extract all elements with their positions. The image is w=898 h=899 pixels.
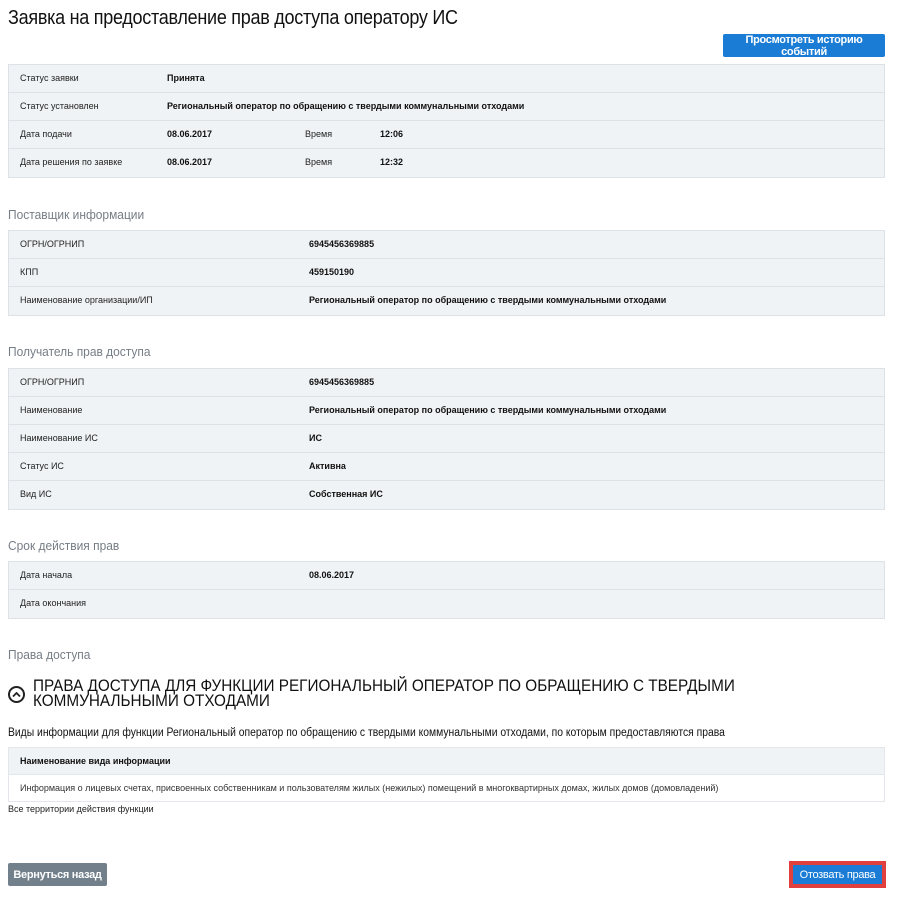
- field-label: ОГРН/ОГРНИП: [20, 369, 84, 396]
- field-label: Статус заявки: [20, 65, 79, 92]
- revoke-highlight: Отозвать права: [789, 861, 886, 888]
- table-row: Дата подачи 08.06.2017 Время 12:06: [9, 121, 884, 149]
- field-value: 459150190: [309, 259, 354, 286]
- field-value: 08.06.2017: [309, 562, 354, 589]
- function-title: Права доступа для функции Региональный о…: [33, 678, 807, 708]
- recipient-table: ОГРН/ОГРНИП 6945456369885 Наименование Р…: [8, 368, 885, 510]
- field-value: Собственная ИС: [309, 481, 383, 508]
- page-title: Заявка на предоставление прав доступа оп…: [8, 7, 458, 30]
- table-row: Дата окончания: [9, 590, 884, 618]
- territory-note: Все территории действия функции: [8, 804, 154, 814]
- field-value: Активна: [309, 453, 346, 480]
- time-label: Время: [305, 121, 332, 148]
- function-description: Виды информации для функции Региональный…: [8, 727, 725, 739]
- table-row: Наименование организации/ИП Региональный…: [9, 287, 884, 315]
- field-label: Наименование организации/ИП: [20, 287, 153, 314]
- table-row: Статус заявки Принята: [9, 65, 884, 93]
- field-value: Региональный оператор по обращению с тве…: [309, 287, 666, 314]
- field-label: Статус установлен: [20, 93, 99, 120]
- table-row: Вид ИС Собственная ИС: [9, 481, 884, 509]
- time-value: 12:06: [380, 121, 403, 148]
- field-label: ОГРН/ОГРНИП: [20, 231, 84, 258]
- status-table: Статус заявки Принята Статус установлен …: [8, 64, 885, 178]
- table-row: ОГРН/ОГРНИП 6945456369885: [9, 231, 884, 259]
- info-types-table: Наименование вида информации Информация …: [8, 747, 885, 802]
- table-row: Информация о лицевых счетах, присвоенных…: [9, 775, 884, 801]
- field-label: Наименование: [20, 397, 82, 424]
- field-label: КПП: [20, 259, 38, 286]
- section-title-access: Права доступа: [8, 647, 90, 662]
- field-label: Дата окончания: [20, 590, 86, 617]
- field-value: 6945456369885: [309, 231, 374, 258]
- field-label: Статус ИС: [20, 453, 64, 480]
- view-history-button[interactable]: Просмотреть историю событий: [723, 34, 885, 57]
- field-label: Дата начала: [20, 562, 72, 589]
- table-row: Дата начала 08.06.2017: [9, 562, 884, 590]
- time-label: Время: [305, 149, 332, 176]
- back-button[interactable]: Вернуться назад: [8, 863, 107, 886]
- field-value: 08.06.2017: [167, 149, 212, 176]
- section-title-validity: Срок действия прав: [8, 538, 119, 553]
- status-value: Принята: [167, 65, 205, 92]
- table-row: Статус ИС Активна: [9, 453, 884, 481]
- field-value: ИС: [309, 425, 322, 452]
- table-row: ОГРН/ОГРНИП 6945456369885: [9, 369, 884, 397]
- table-row: Дата решения по заявке 08.06.2017 Время …: [9, 149, 884, 177]
- table-row: Наименование ИС ИС: [9, 425, 884, 453]
- section-title-provider: Поставщик информации: [8, 207, 144, 222]
- section-title-recipient: Получатель прав доступа: [8, 344, 150, 359]
- chevron-up-circle-icon[interactable]: [8, 686, 25, 703]
- field-value: 6945456369885: [309, 369, 374, 396]
- field-label: Наименование ИС: [20, 425, 98, 452]
- column-header: Наименование вида информации: [9, 748, 884, 775]
- field-value: Региональный оператор по обращению с тве…: [167, 93, 524, 120]
- provider-table: ОГРН/ОГРНИП 6945456369885 КПП 459150190 …: [8, 230, 885, 316]
- revoke-rights-button[interactable]: Отозвать права: [793, 865, 882, 884]
- field-value: Региональный оператор по обращению с тве…: [309, 397, 666, 424]
- table-row: КПП 459150190: [9, 259, 884, 287]
- time-value: 12:32: [380, 149, 403, 176]
- validity-table: Дата начала 08.06.2017 Дата окончания: [8, 561, 885, 619]
- table-row: Статус установлен Региональный оператор …: [9, 93, 884, 121]
- field-label: Дата решения по заявке: [20, 149, 122, 176]
- field-label: Дата подачи: [20, 121, 72, 148]
- field-value: 08.06.2017: [167, 121, 212, 148]
- field-label: Вид ИС: [20, 481, 52, 508]
- table-row: Наименование Региональный оператор по об…: [9, 397, 884, 425]
